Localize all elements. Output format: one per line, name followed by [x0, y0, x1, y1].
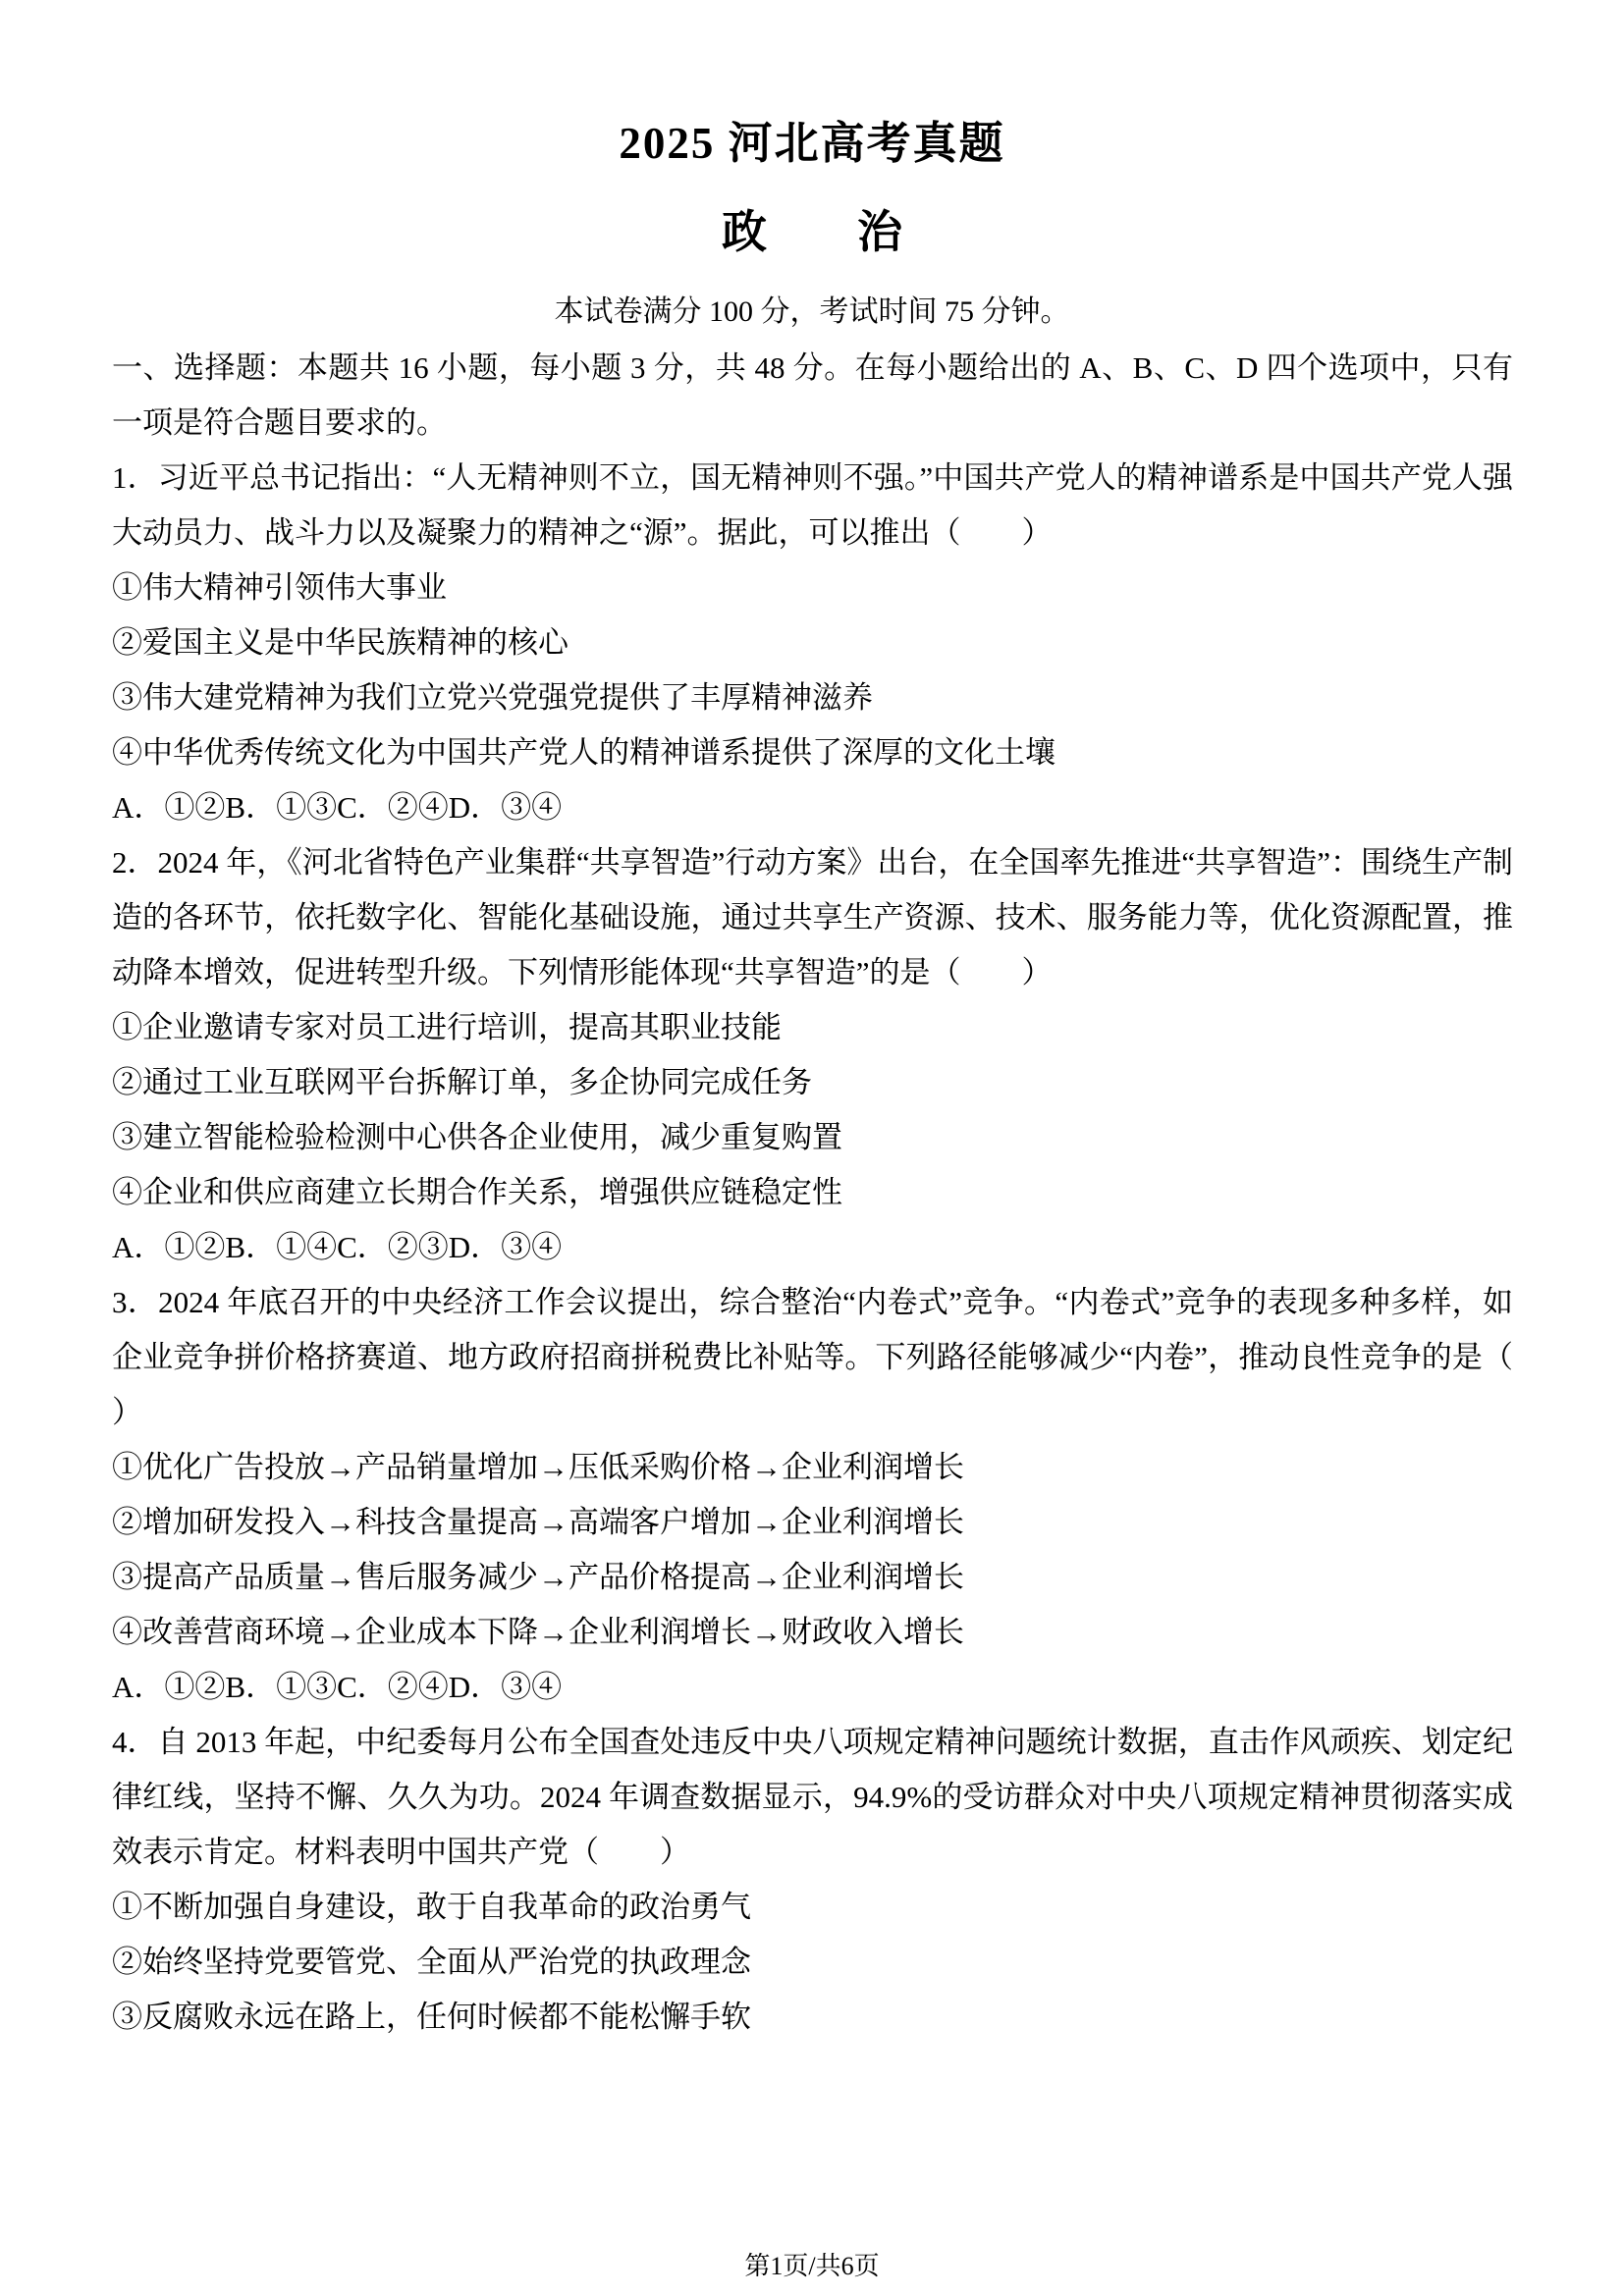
question-4-item-2: ②始终坚持党要管党、全面从严治党的执政理念	[112, 1935, 1513, 1990]
exam-body: 一、选择题：本题共 16 小题，每小题 3 分，共 48 分。在每小题给出的 A…	[0, 333, 1624, 2045]
question-4-item-1: ①不断加强自身建设，敢于自我革命的政治勇气	[112, 1880, 1513, 1935]
question-2-item-2: ②通过工业互联网平台拆解订单，多企协同完成任务	[112, 1055, 1513, 1110]
section-heading: 一、选择题：本题共 16 小题，每小题 3 分，共 48 分。在每小题给出的 A…	[112, 341, 1513, 451]
exam-info-line: 本试卷满分 100 分，考试时间 75 分钟。	[0, 292, 1624, 333]
question-1-item-3: ③伟大建党精神为我们立党兴党强党提供了丰厚精神滋养	[112, 670, 1513, 725]
question-4-stem: 4．自 2013 年起，中纪委每月公布全国查处违反中央八项规定精神问题统计数据，…	[112, 1715, 1513, 1880]
question-2-answer-options: A．①②B．①④C．②③D．③④	[112, 1220, 1513, 1275]
question-1-item-2: ②爱国主义是中华民族精神的核心	[112, 615, 1513, 670]
exam-paper-page: 2025 河北高考真题 政 治 本试卷满分 100 分，考试时间 75 分钟。 …	[0, 0, 1624, 2296]
question-3-item-4: ④改善营商环境→企业成本下降→企业利润增长→财政收入增长	[112, 1605, 1513, 1660]
question-4-item-3: ③反腐败永远在路上，任何时候都不能松懈手软	[112, 1990, 1513, 2045]
question-3-stem: 3．2024 年底召开的中央经济工作会议提出，综合整治“内卷式”竞争。“内卷式”…	[112, 1275, 1513, 1440]
question-1-item-4: ④中华优秀传统文化为中国共产党人的精神谱系提供了深厚的文化土壤	[112, 725, 1513, 780]
subject-title: 政 治	[0, 203, 1624, 262]
question-2-item-1: ①企业邀请专家对员工进行培训，提高其职业技能	[112, 1000, 1513, 1055]
question-1-answer-options: A．①②B．①③C．②④D．③④	[112, 780, 1513, 835]
question-2-item-4: ④企业和供应商建立长期合作关系，增强供应链稳定性	[112, 1165, 1513, 1220]
page-number-indicator: 第1页/共6页	[0, 2246, 1624, 2282]
question-1-item-1: ①伟大精神引领伟大事业	[112, 561, 1513, 615]
question-3-answer-options: A．①②B．①③C．②④D．③④	[112, 1660, 1513, 1715]
question-2-item-3: ③建立智能检验检测中心供各企业使用，减少重复购置	[112, 1110, 1513, 1165]
question-1-stem: 1．习近平总书记指出：“人无精神则不立，国无精神则不强。”中国共产党人的精神谱系…	[112, 451, 1513, 561]
question-3-item-3: ③提高产品质量→售后服务减少→产品价格提高→企业利润增长	[112, 1550, 1513, 1605]
question-3-item-2: ②增加研发投入→科技含量提高→高端客户增加→企业利润增长	[112, 1495, 1513, 1550]
question-2-stem: 2．2024 年，《河北省特色产业集群“共享智造”行动方案》出台，在全国率先推进…	[112, 835, 1513, 1000]
page-title: 2025 河北高考真题	[0, 0, 1624, 174]
question-3-item-1: ①优化广告投放→产品销量增加→压低采购价格→企业利润增长	[112, 1440, 1513, 1495]
